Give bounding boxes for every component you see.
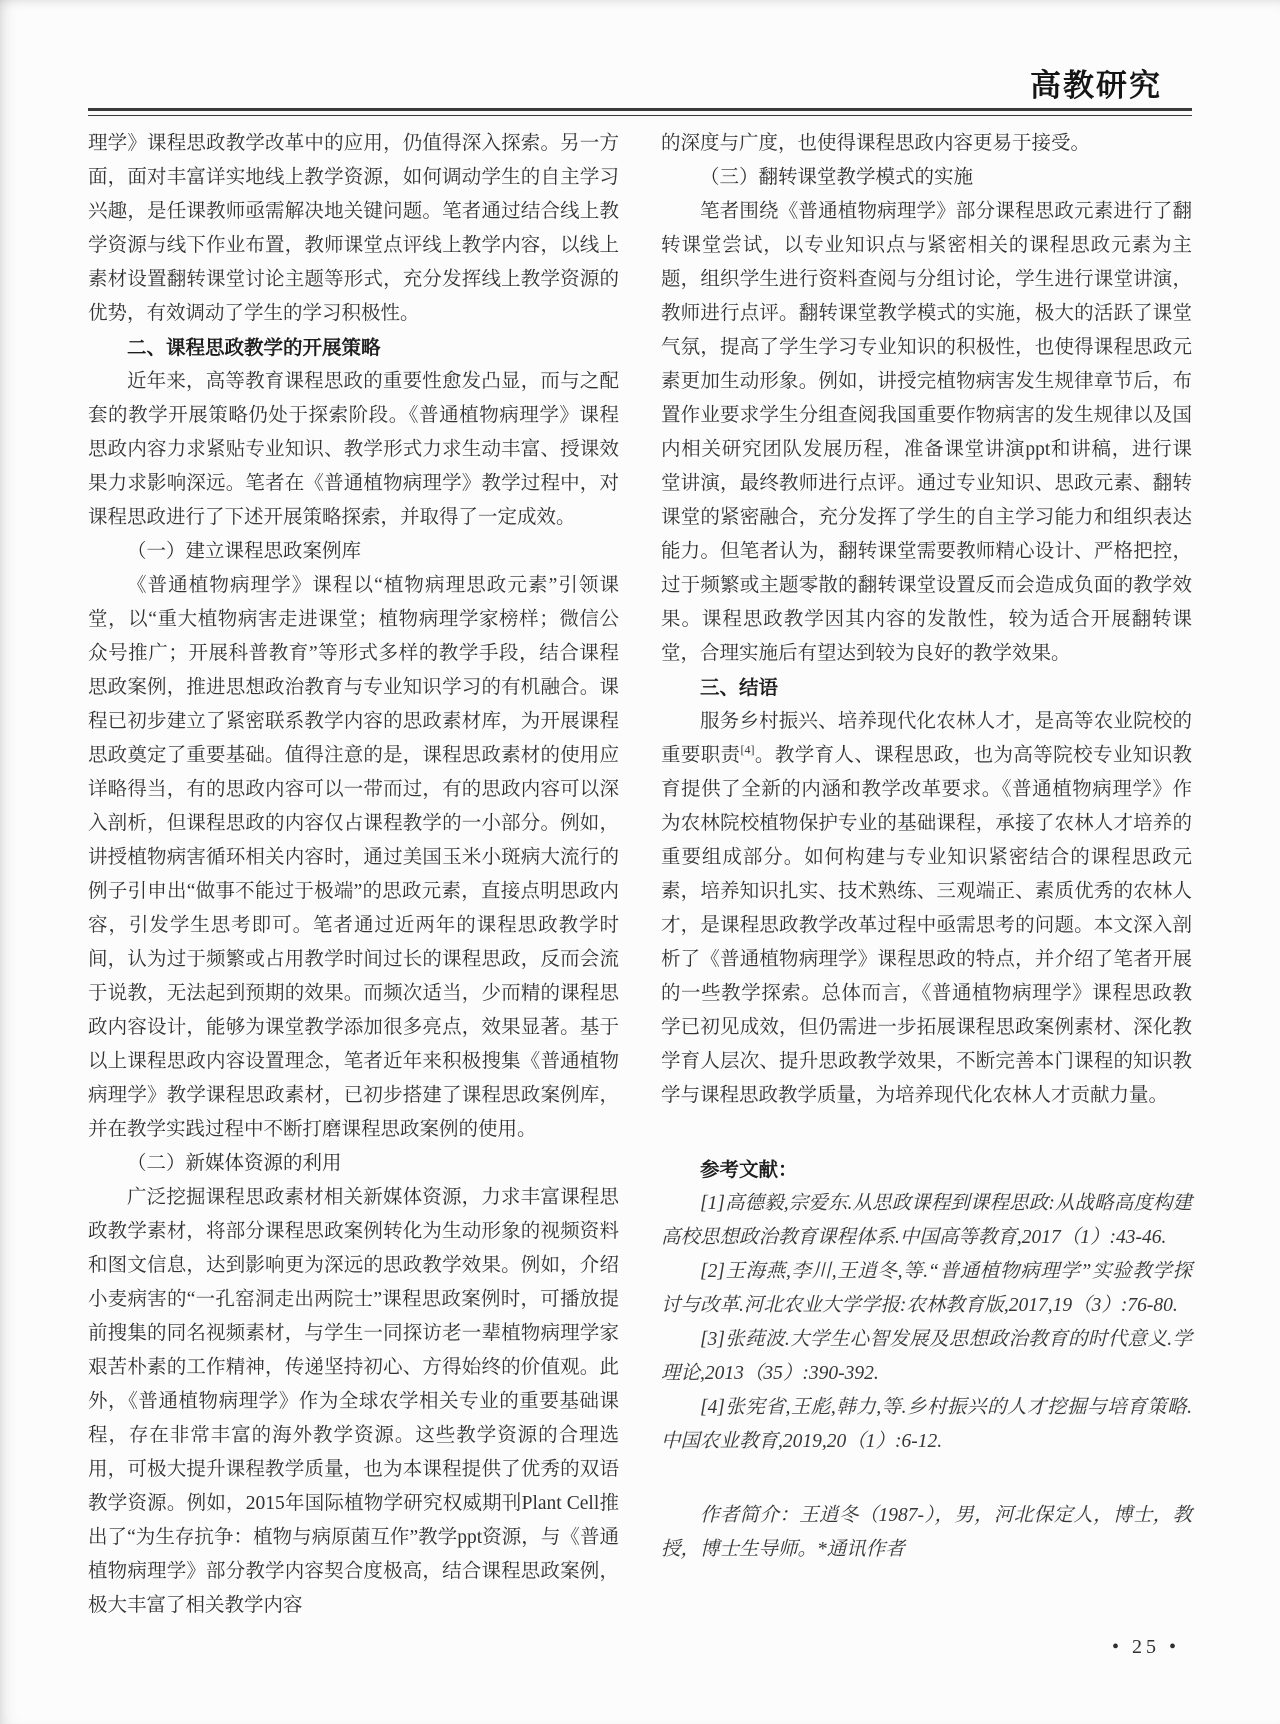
reference-item-4: [4]张宪省,王彪,韩力,等.乡村振兴的人才挖掘与培育策略.中国农业教育,201… — [661, 1391, 1192, 1459]
paragraph-continuation: 的深度与广度，也使得课程思政内容更易于接受。 — [661, 127, 1192, 161]
header-divider — [88, 108, 1192, 116]
reference-item-2: [2]王海燕,李川,王逍冬,等.“普通植物病理学”实验教学探讨与改革.河北农业大… — [661, 1255, 1192, 1323]
journal-section-title: 高教研究 — [1030, 60, 1162, 105]
paper-page: 高教研究 理学》课程思政教学改革中的应用，仍值得深入探索。另一方面，面对丰富详实… — [0, 0, 1280, 1724]
section-heading-3: 三、结语 — [661, 671, 1192, 705]
subsection-heading-3: （三）翻转课堂教学模式的实施 — [661, 161, 1192, 195]
conclusion-text: 。教学育人、课程思政，也为高等院校专业知识教育提供了全新的内涵和教学改革要求。《… — [661, 745, 1192, 1106]
subsection-heading-1: （一）建立课程思政案例库 — [88, 535, 619, 569]
right-column: 的深度与广度，也使得课程思政内容更易于接受。 （三）翻转课堂教学模式的实施 笔者… — [661, 127, 1192, 1623]
citation-superscript: [4] — [741, 743, 755, 757]
left-column: 理学》课程思政教学改革中的应用，仍值得深入探索。另一方面，面对丰富详实地线上教学… — [88, 127, 619, 1623]
paragraph: 近年来，高等教育课程思政的重要性愈发凸显，而与之配套的教学开展策略仍处于探索阶段… — [88, 365, 619, 535]
paragraph: 广泛挖掘课程思政素材相关新媒体资源，力求丰富课程思政教学素材，将部分课程思政案例… — [88, 1181, 619, 1623]
author-bio: 作者简介：王逍冬（1987-），男，河北保定人，博士，教授，博士生导师。*通讯作… — [661, 1499, 1192, 1567]
subsection-heading-2: （二）新媒体资源的利用 — [88, 1147, 619, 1181]
reference-item-1: [1]高德毅,宗爱东.从思政课程到课程思政:从战略高度构建高校思想政治教育课程体… — [661, 1187, 1192, 1255]
paragraph-conclusion: 服务乡村振兴、培养现代化农林人才，是高等农业院校的重要职责[4]。教学育人、课程… — [661, 705, 1192, 1113]
paragraph-continuation: 理学》课程思政教学改革中的应用，仍值得深入探索。另一方面，面对丰富详实地线上教学… — [88, 127, 619, 331]
paragraph: 笔者围绕《普通植物病理学》部分课程思政元素进行了翻转课堂尝试，以专业知识点与紧密… — [661, 195, 1192, 671]
two-column-body: 理学》课程思政教学改革中的应用，仍值得深入探索。另一方面，面对丰富详实地线上教学… — [88, 127, 1192, 1623]
section-heading-2: 二、课程思政教学的开展策略 — [88, 331, 619, 365]
page-number: • 25 • — [1112, 1636, 1180, 1659]
paragraph: 《普通植物病理学》课程以“植物病理思政元素”引领课堂，以“重大植物病害走进课堂；… — [88, 569, 619, 1147]
reference-item-3: [3]张莼波.大学生心智发展及思想政治教育的时代意义.学理论,2013（35）:… — [661, 1323, 1192, 1391]
references-heading: 参考文献： — [661, 1153, 1192, 1187]
